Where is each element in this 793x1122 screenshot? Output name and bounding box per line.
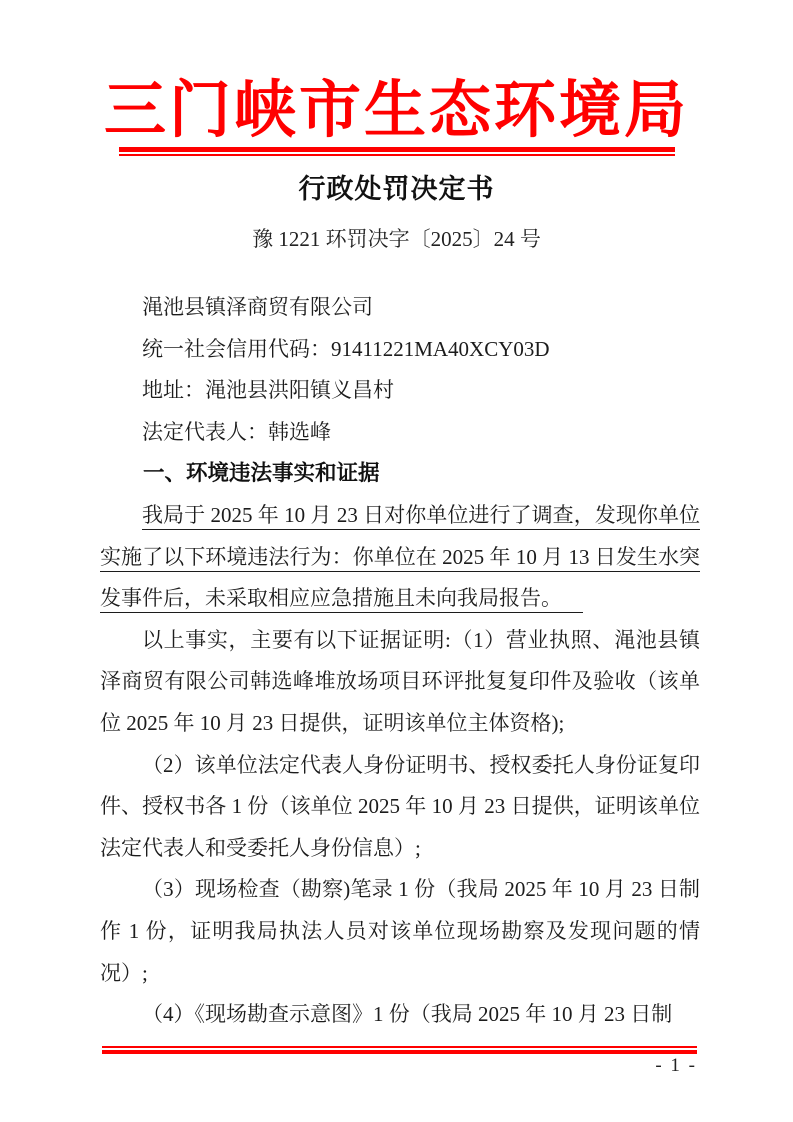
- header-red-rule: [119, 147, 675, 156]
- paragraph-violation-facts: 我局于 2025 年 10 月 23 日对你单位进行了调查，发现你单位实施了以下…: [100, 495, 700, 620]
- paragraph-evidence-2: （2）该单位法定代表人身份证明书、授权委托人身份证复印件、授权书各 1 份（该单…: [100, 745, 700, 870]
- paragraph-evidence-4: （4）《现场勘查示意图》1 份（我局 2025 年 10 月 23 日制: [100, 994, 700, 1036]
- underline-tail: [562, 586, 583, 610]
- document-title: 行政处罚决定书: [0, 172, 793, 206]
- recipient-company: 渑池县镇泽商贸有限公司: [100, 287, 700, 329]
- paragraph-evidence-3: （3）现场检查（勘察)笔录 1 份（我局 2025 年 10 月 23 日制作 …: [100, 869, 700, 994]
- recipient-legal-representative: 法定代表人：韩选峰: [100, 412, 700, 454]
- footer-red-rule: [102, 1046, 697, 1054]
- recipient-credit-code: 统一社会信用代码：91411221MA40XCY03D: [100, 329, 700, 371]
- penalty-decision-page: 三门峡市生态环境局 行政处罚决定书 豫 1221 环罚决字〔2025〕24 号 …: [0, 0, 793, 1122]
- document-number: 豫 1221 环罚决字〔2025〕24 号: [0, 224, 793, 254]
- paragraph-violation-facts-text: 我局于 2025 年 10 月 23 日对你单位进行了调查，发现你单位实施了以下…: [100, 503, 700, 610]
- page-number: - 1 -: [100, 1054, 697, 1078]
- paragraph-evidence-intro: 以上事实，主要有以下证据证明:（1）营业执照、渑池县镇泽商贸有限公司韩选峰堆放场…: [100, 620, 700, 745]
- section-heading-facts-and-evidence: 一、环境违法事实和证据: [100, 453, 700, 495]
- recipient-address: 地址：渑池县洪阳镇义昌村: [100, 370, 700, 412]
- agency-title: 三门峡市生态环境局: [0, 76, 793, 146]
- document-body: 渑池县镇泽商贸有限公司 统一社会信用代码：91411221MA40XCY03D …: [100, 287, 700, 1036]
